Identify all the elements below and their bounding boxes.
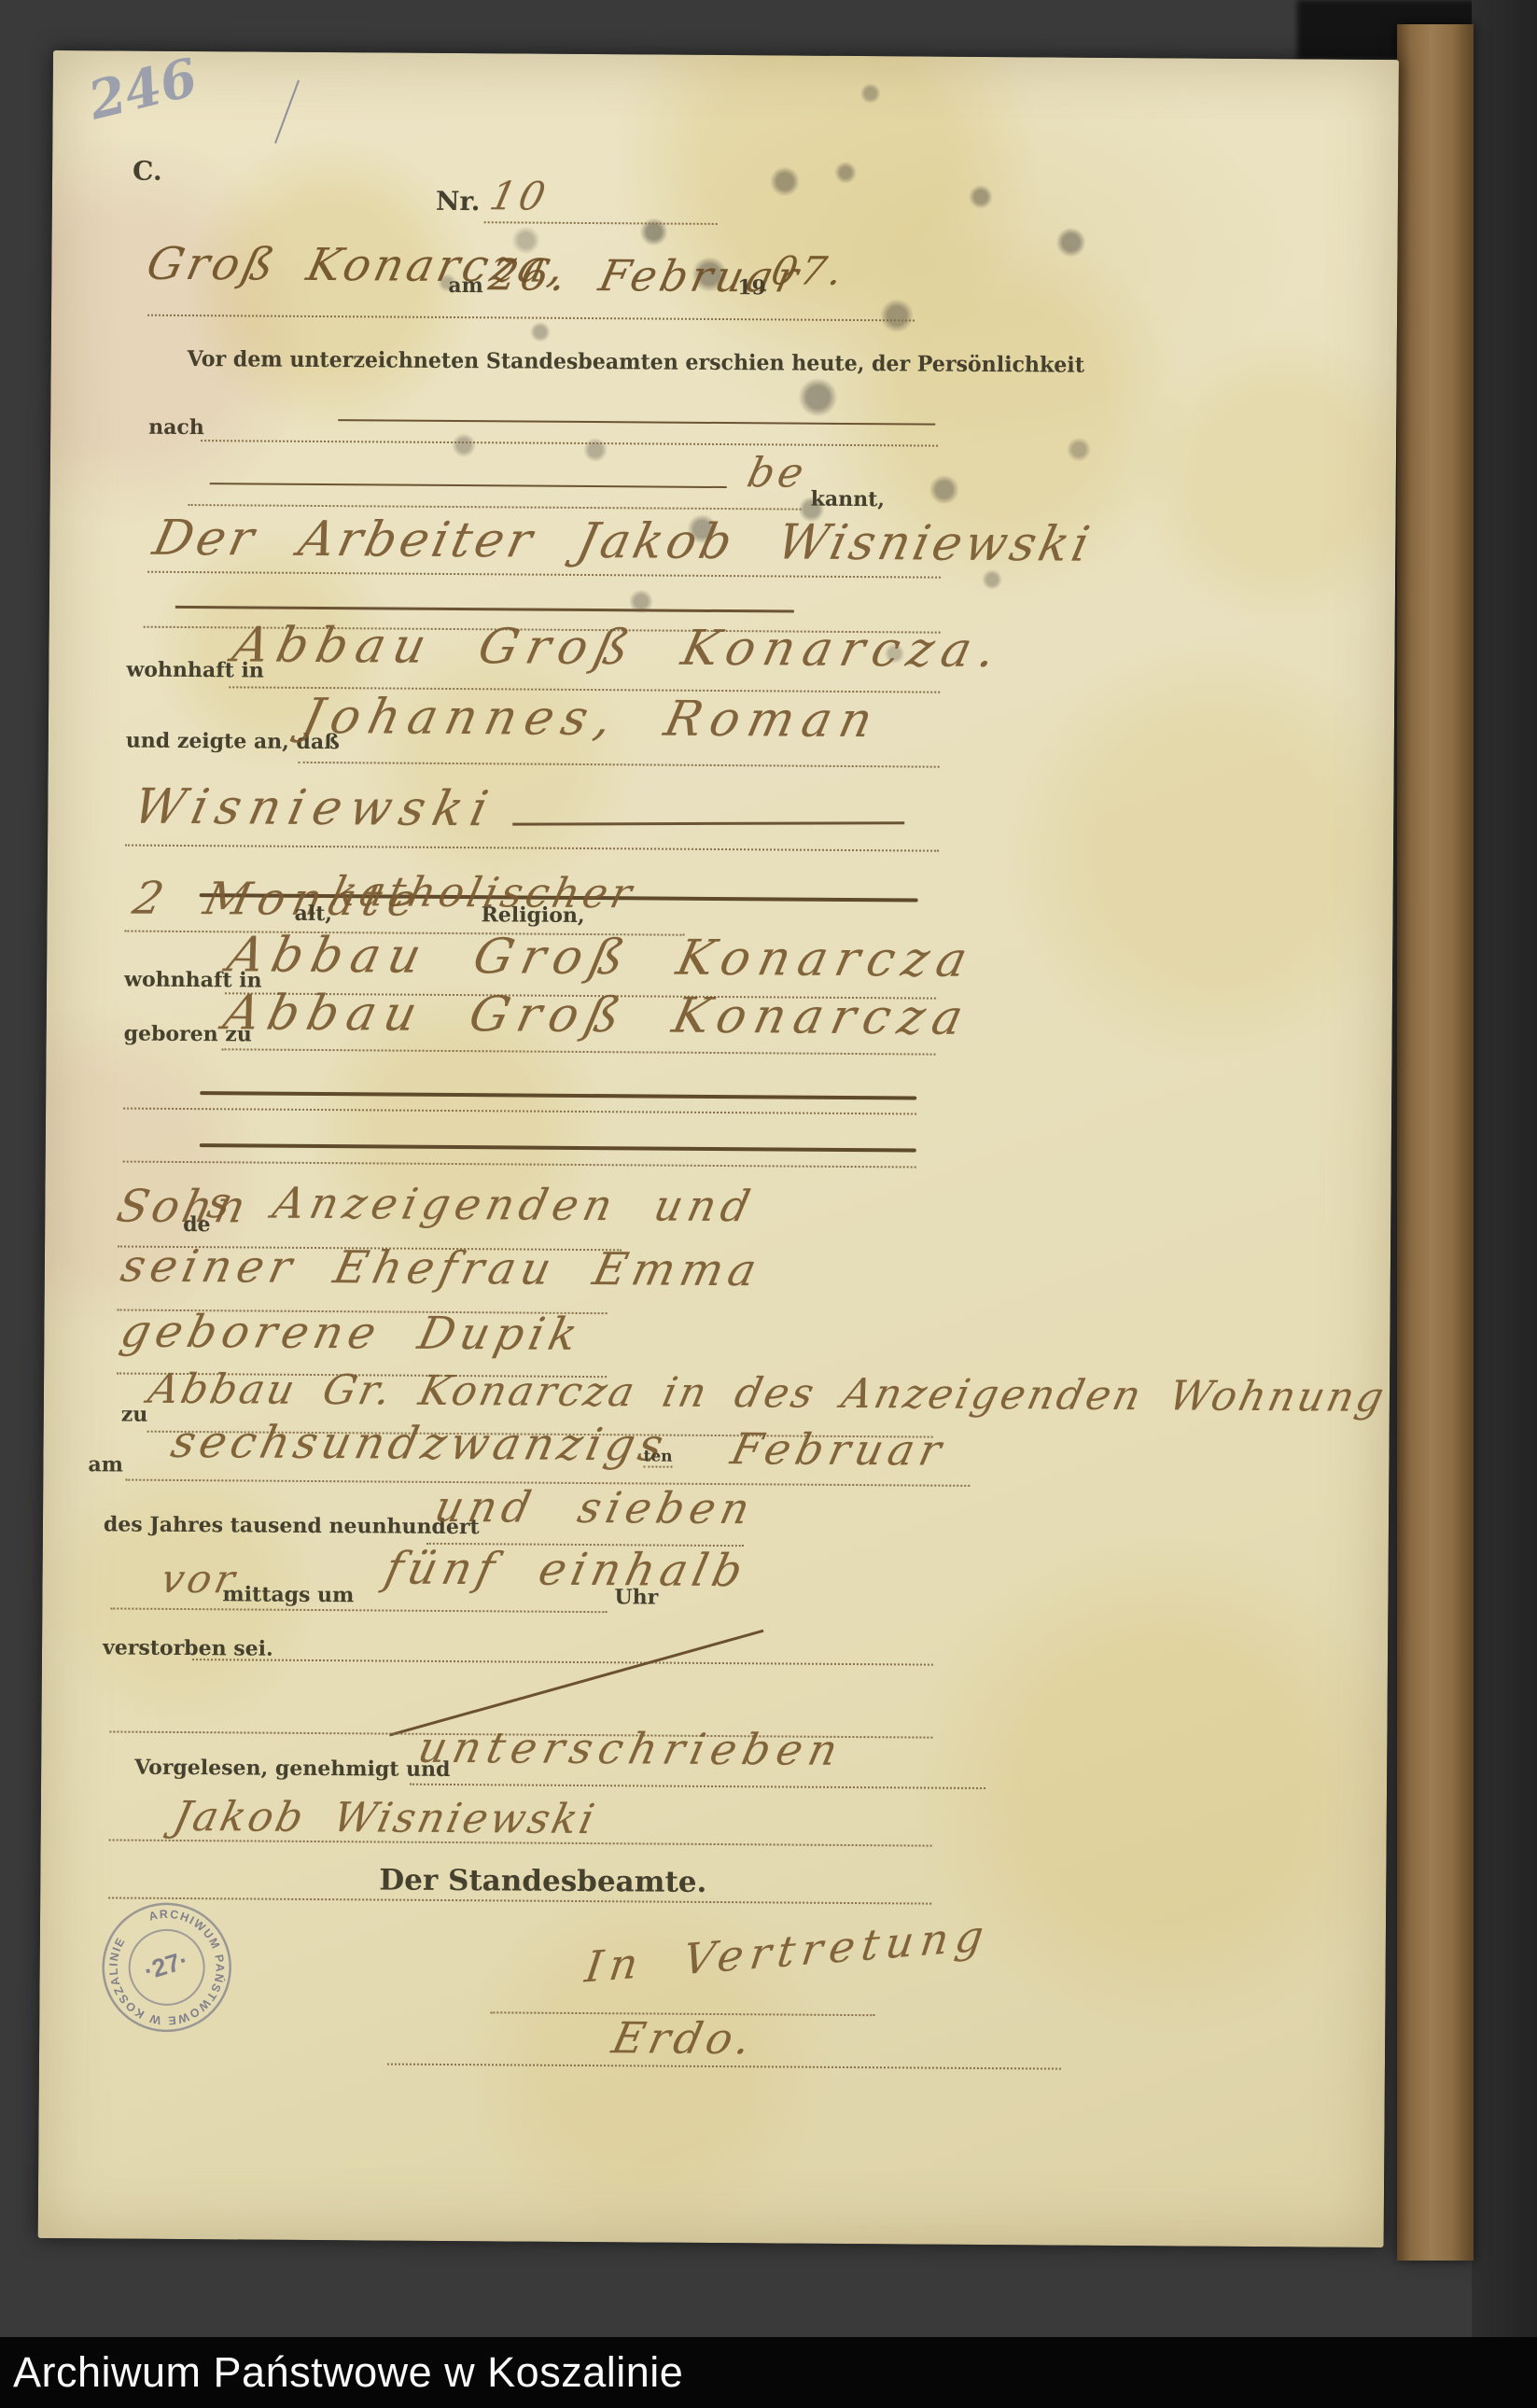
am-label: am [448, 273, 483, 298]
dotted-line [110, 1607, 607, 1613]
section-rule [200, 1091, 916, 1099]
ten-superscript-label: ten [643, 1447, 672, 1467]
wife-handwritten: seiner Ehefrau Emma [117, 1240, 767, 1297]
blank-rule [175, 606, 794, 613]
closing-label: Vorgelesen, genehmigt und [134, 1756, 451, 1782]
binding-tape [1397, 24, 1474, 2261]
dotted-line [192, 1659, 933, 1666]
background-edge [1472, 0, 1537, 2408]
birthplace-handwritten: Abbau Groß Konarcza [218, 985, 976, 1045]
year-suffix-handwritten: und sieben [430, 1481, 760, 1533]
dotted-line [147, 315, 915, 322]
form-letter-label: C. [133, 156, 162, 187]
archive-name-label: Archiwum Państwowe w Koszalinie [13, 2348, 683, 2397]
registrar-signature: Erdo. [608, 2012, 760, 2064]
dotted-line [189, 504, 802, 511]
cancellation-stroke [389, 1630, 763, 1737]
dotted-line [222, 1048, 936, 1055]
maiden-name-handwritten: geborene Dupik [116, 1306, 588, 1361]
religion-label: Religion, [481, 903, 584, 928]
blank-rule [210, 483, 727, 488]
dotted-line [123, 1161, 916, 1169]
nach-label: nach [148, 415, 204, 440]
parent-handwritten: s Anzeigenden und [203, 1177, 760, 1231]
dotted-line [484, 221, 718, 225]
dotted-line [108, 1897, 931, 1904]
deceased-surname-handwritten: Wisniewski [129, 779, 501, 838]
uhr-label: Uhr [614, 1585, 658, 1609]
declarant-signature: Jakob Wisniewski [169, 1793, 601, 1843]
registry-form-page: 246 C. Nr. 10 Groß Konarcza, am 26. Febr… [38, 50, 1399, 2247]
deputy-handwritten: In Vertretung [582, 1911, 993, 1993]
declarant-handwritten: Der Arbeiter Jakob Wisniewski [148, 511, 1098, 573]
pencil-slash-mark [274, 80, 300, 144]
dotted-line [410, 1784, 985, 1789]
be-handwritten: be [743, 449, 811, 497]
am2-label: am [88, 1452, 123, 1477]
time-handwritten: fünf einhalb [381, 1543, 753, 1598]
dotted-line [125, 845, 939, 852]
deathday-handwritten: sechsundzwanzigs [166, 1416, 672, 1472]
archive-caption-bar: Archiwum Państwowe w Koszalinie [0, 2337, 1537, 2408]
deceased-names-handwritten: Johannes, Roman [297, 689, 886, 749]
section-rule [200, 1143, 916, 1152]
pencil-page-number: 246 [83, 47, 203, 133]
kannt-label: kannt, [811, 487, 885, 512]
residence2-handwritten: Abbau Groß Konarcza [223, 927, 981, 987]
dotted-line [147, 571, 941, 579]
verstorben-label: verstorben sei. [103, 1635, 273, 1660]
zu-label: zu [121, 1403, 148, 1427]
deathmonth-handwritten: Februar [727, 1423, 952, 1476]
nr-label: Nr. [436, 186, 481, 217]
blank-rule [338, 419, 935, 425]
mittags-label: mittags um [222, 1582, 354, 1607]
dotted-line [299, 762, 940, 768]
scanned-document-photo: 246 C. Nr. 10 Groß Konarcza, am 26. Febr… [0, 0, 1537, 2408]
dotted-line [201, 440, 938, 447]
jahr-label: des Jahres tausend neunhundert [104, 1512, 480, 1539]
nr-value-handwritten: 10 [486, 173, 553, 218]
residence1-handwritten: Abbau Groß Konarcza. [228, 617, 1009, 679]
year-handwritten: 07. [767, 247, 851, 293]
intro-printed-line: Vor dem unterzeichneten Standesbeamten e… [188, 346, 1084, 378]
dotted-line [123, 1108, 916, 1115]
deathplace-handwritten: Abbau Gr. Konarcza in des Anzeigenden Wo… [144, 1365, 1390, 1421]
year-printed: 19 [737, 275, 766, 300]
registrar-label: Der Standesbeamte. [379, 1863, 706, 1898]
archive-round-stamp: ARCHIWUM PAŃSTWOWE W KOSZALINIE ·27· [77, 1878, 257, 2057]
strike-rule [512, 821, 904, 825]
closing-handwritten: unterschrieben [413, 1722, 848, 1775]
dotted-line [387, 2064, 1061, 2070]
